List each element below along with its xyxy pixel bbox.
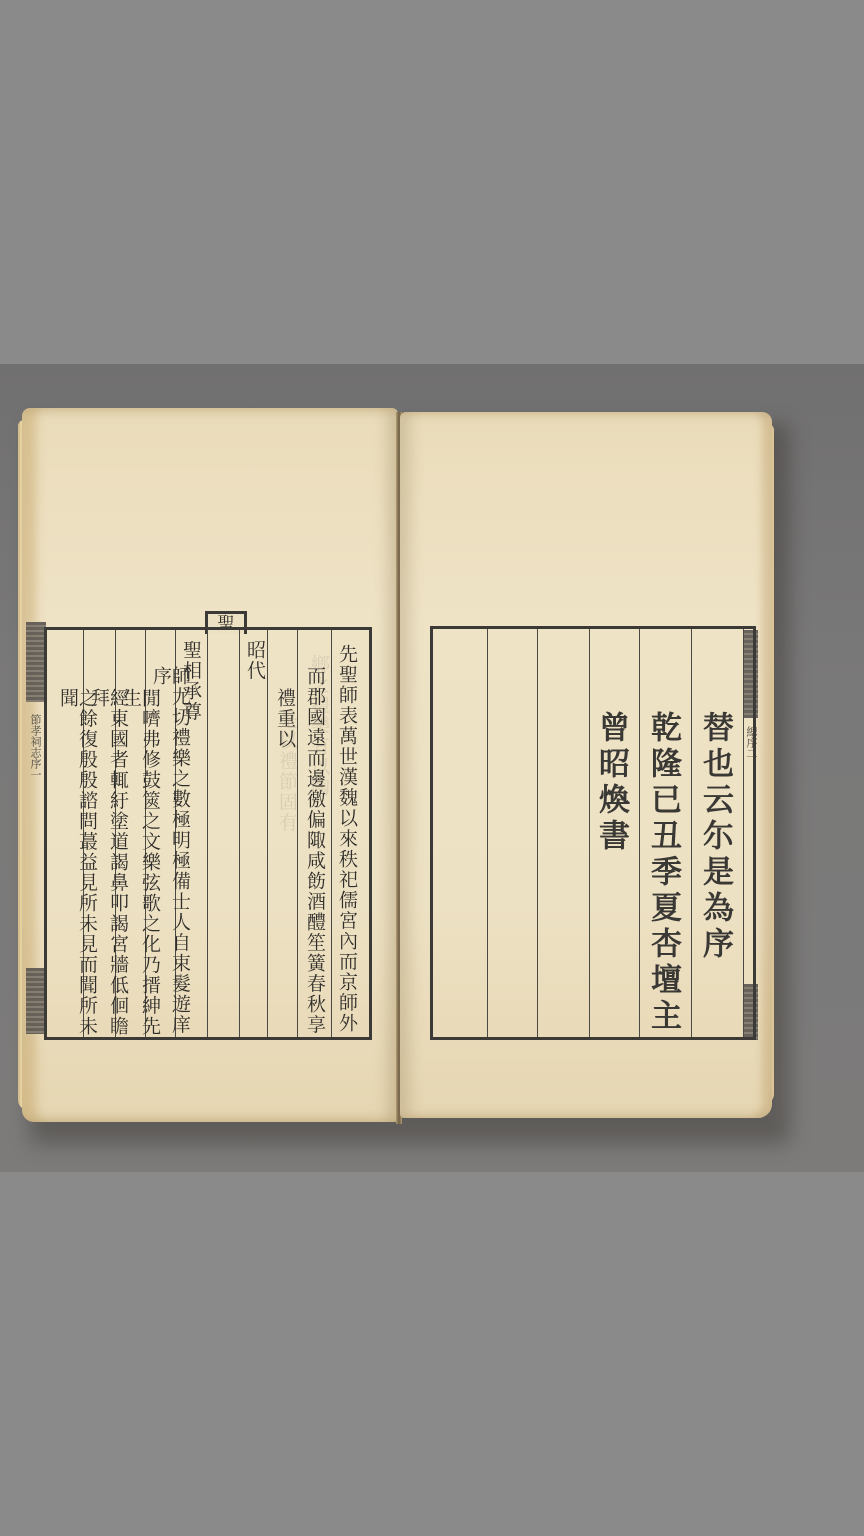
- text-column-9: 之餘復殷殷諮問蕞益見所未見而聞所未聞: [58, 688, 96, 1037]
- text-column-4: 昭代: [245, 640, 264, 681]
- left-fishtail-top: [26, 622, 46, 702]
- text-column-1: 先聖師表萬世漢魏以來秩祀儒宮內而京師外: [337, 644, 356, 1034]
- left-margin-label: 節孝祠志序一: [30, 714, 41, 780]
- column-rule: [743, 629, 744, 1037]
- column-rule: [267, 630, 268, 1037]
- column-rule: [487, 629, 488, 1037]
- text-column-3: 曾昭煥書: [595, 711, 626, 855]
- text-column-1: 替也云尓是為序: [699, 711, 730, 963]
- column-rule: [537, 629, 538, 1037]
- text-column-2: 而郡國遠而邊徼偏陬咸飭酒醴笙簧春秋享: [305, 666, 324, 1035]
- column-rule: [297, 630, 298, 1037]
- text-column-3: 禮重以: [275, 688, 294, 750]
- left-text-frame: 鄉之禮樂有以陶 是以禮節固有 先聖師表萬世漢魏以來秩祀儒宮內而京師外 而郡國遠而…: [44, 627, 372, 1040]
- text-column-2: 乾隆已丑季夏杏壇主: [647, 711, 678, 1035]
- column-rule: [239, 630, 240, 1037]
- left-fishtail-bottom: [26, 968, 46, 1034]
- column-rule: [691, 629, 692, 1037]
- right-text-frame: 替也云尓是為序 乾隆已丑季夏杏壇主 曾昭煥書: [430, 626, 756, 1040]
- column-rule: [207, 630, 208, 1037]
- book-photo: 節孝祠志序一 聖 鄉之禮樂有以陶 是以禮節固有 先聖師表萬世漢魏以來秩祀儒宮內而…: [0, 364, 864, 1172]
- column-rule: [331, 630, 332, 1037]
- column-rule: [589, 629, 590, 1037]
- column-rule: [639, 629, 640, 1037]
